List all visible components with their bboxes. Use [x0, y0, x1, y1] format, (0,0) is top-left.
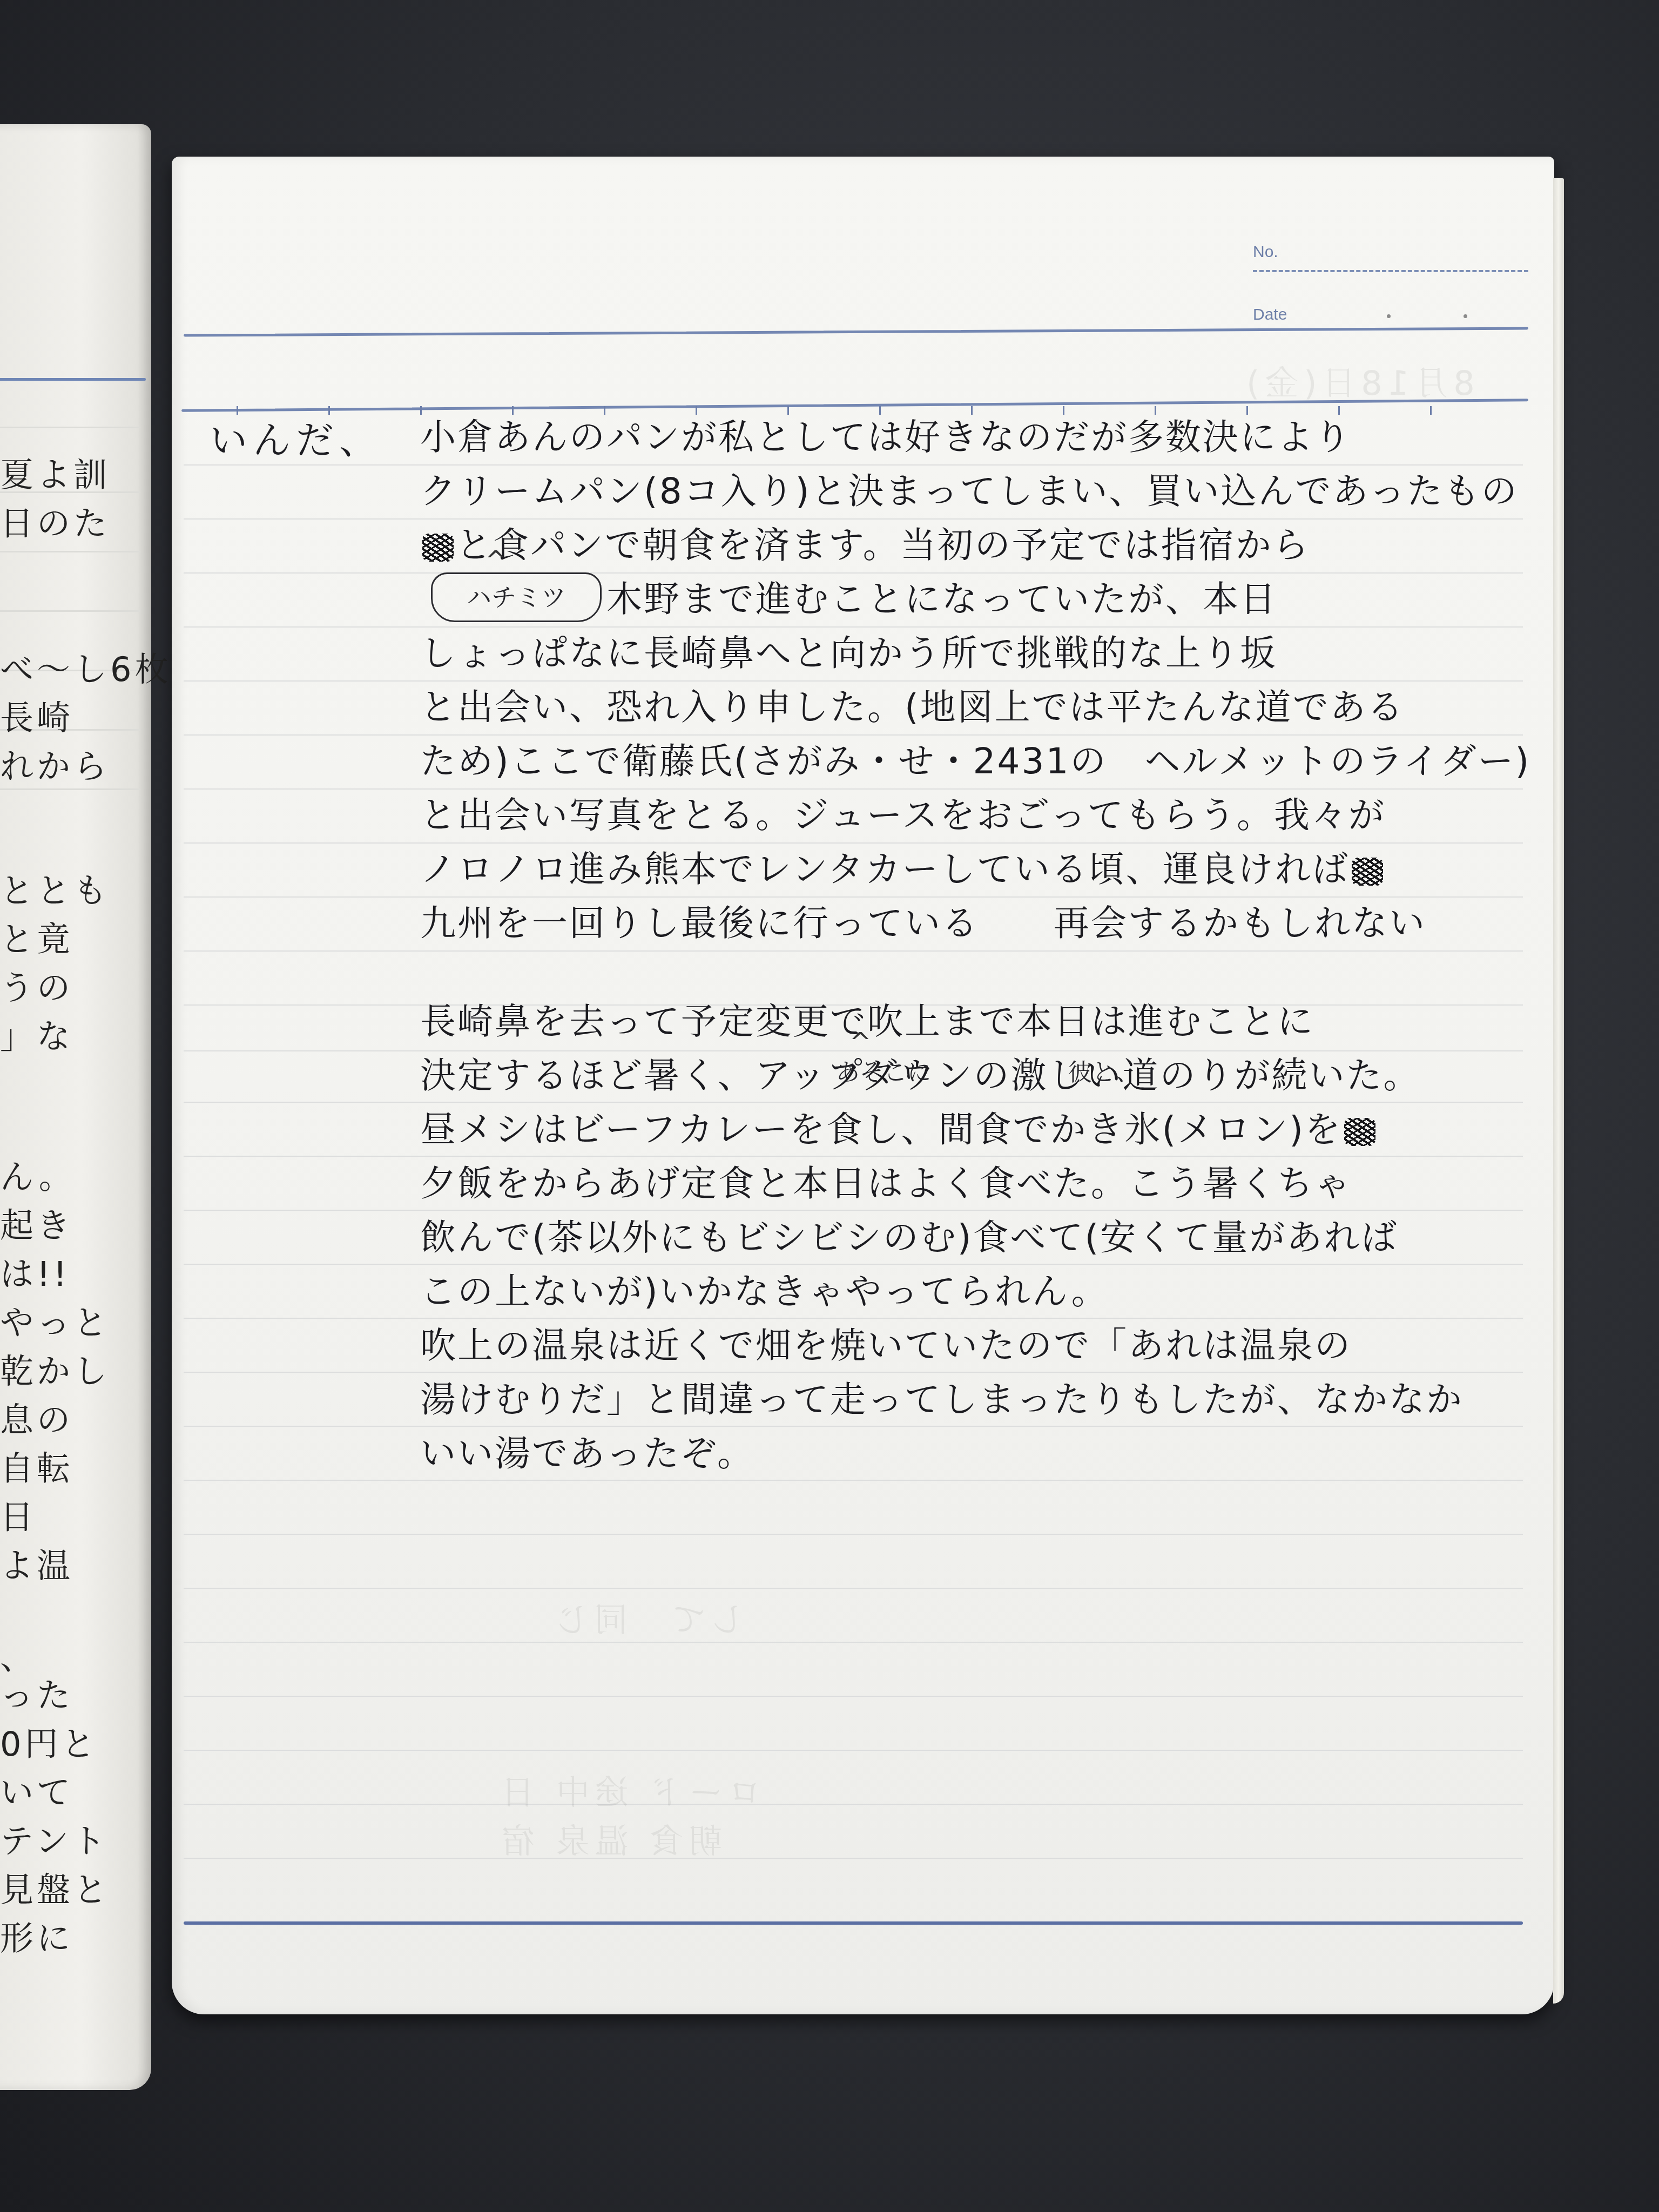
- entry-line: 湯けむりだ」と間違って走ってしまったりもしたが、なかなか: [420, 1373, 1533, 1427]
- paragraph-gap: [420, 950, 1533, 995]
- entry-line: 決定するほど暑く、アップダウンの激しい道のりが続いた。: [420, 1049, 1533, 1103]
- left-page-line: [0, 551, 140, 552]
- date-separator-dot: [1387, 314, 1391, 318]
- show-through-text: ロード 途中 日: [496, 1766, 761, 1814]
- date-label: Date: [1253, 306, 1287, 324]
- page-stack-edge: [1553, 178, 1564, 2004]
- left-fragment: よ温: [0, 1539, 151, 1587]
- insert-bubble: ハチミツ: [431, 572, 602, 622]
- entry-line: ため)ここで衛藤氏(さがみ・せ・2431の ヘルメットのライダー): [420, 734, 1533, 788]
- entry-line: ノロノロ進み熊本でレンタカーしている頃、運良ければ: [420, 842, 1533, 896]
- scribbled-out-word: [1344, 1118, 1375, 1146]
- bottom-margin-rule: [184, 1921, 1523, 1925]
- left-fragment: は!!: [0, 1247, 151, 1296]
- entry-line: 昼メシはビーフカレーを食し、間食でかき氷(メロン)を: [420, 1103, 1533, 1157]
- left-page-line: [0, 788, 140, 790]
- left-fragment: べ～し6枚: [0, 643, 151, 691]
- date-separator-dot: [1464, 314, 1467, 318]
- left-fragment: うの: [0, 961, 151, 1009]
- margin-note: いんだ、: [210, 410, 382, 465]
- left-fragment: 形に: [0, 1912, 151, 1960]
- entry-line: 長崎鼻を去って予定変更で吹上まで本日は進むことに: [420, 995, 1533, 1049]
- show-through-text: 8月18日(金): [1241, 356, 1475, 404]
- entry-line: と出会い写真をとる。ジュースをおごってもらう。我々が: [420, 788, 1533, 842]
- left-fragment: やっと: [0, 1296, 151, 1344]
- left-fragment: 長崎: [0, 691, 151, 739]
- left-fragment: れから: [0, 740, 151, 788]
- left-fragment: ととも: [0, 864, 151, 912]
- insert-annotation: あそこに: [836, 1053, 931, 1088]
- left-fragment: 夏よ訓: [0, 448, 151, 496]
- ruled-line: [184, 1858, 1523, 1859]
- entry-line: 吹上の温泉は近くで畑を焼いていたので「あれは温泉の: [420, 1319, 1533, 1373]
- left-page: 夏よ訓 日のた べ～し6枚 長崎 れから ととも と竟 うの 」な ん。 起き …: [0, 124, 151, 2090]
- right-page: No. Date 8月18日(金) して 同じ ロード 途中 日 朝食 温泉 宿: [172, 157, 1554, 2014]
- scribbled-out-word: [1352, 858, 1383, 886]
- left-fragment: 見盤と: [0, 1863, 151, 1911]
- left-fragment: いて: [0, 1766, 151, 1814]
- no-field-line[interactable]: [1253, 270, 1528, 272]
- entry-line: しょっぱなに長崎鼻へと向かう所で挑戦的な上り坂: [420, 626, 1533, 680]
- entry-line: この上ないが)いかなきゃやってられん。: [420, 1265, 1533, 1319]
- ruled-line: [184, 1642, 1523, 1643]
- left-fragment: テント: [0, 1815, 151, 1863]
- entry-line-text: ノロノロ進み熊本でレンタカーしている頃、運良ければ: [420, 848, 1350, 890]
- insert-annotation: 彼と、: [1068, 1053, 1139, 1088]
- left-fragment: 起き: [0, 1199, 151, 1247]
- entry-line-text: と食パンで朝食を済ます。当初の予定では指宿から: [456, 524, 1310, 566]
- entry-line: 夕飯をからあげ定食と本日はよく食べた。こう暑くちゃ: [420, 1157, 1533, 1211]
- left-page-top-rule: [0, 378, 146, 381]
- left-fragment: 」な: [0, 1010, 151, 1058]
- entry-line: と食パンで朝食を済ます。当初の予定では指宿から: [420, 518, 1533, 572]
- left-fragment: 息の: [0, 1393, 151, 1441]
- left-fragment: と竟: [0, 913, 151, 961]
- entry-line: 九州を一回りし最後に行っている 再会するかもしれない: [420, 896, 1533, 950]
- ruled-line: [184, 1534, 1523, 1535]
- left-fragment: 乾かし: [0, 1345, 151, 1393]
- diary-entry: 小倉あんのパンが私としては好きなのだが多数決により クリームパン(8コ入り)と決…: [420, 410, 1533, 1481]
- left-page-line: [0, 610, 140, 612]
- left-fragment: った: [0, 1669, 151, 1717]
- entry-line-text: 昼メシはビーフカレーを食し、間食でかき氷(メロン)を: [420, 1109, 1342, 1150]
- ruled-line: [184, 1588, 1523, 1589]
- entry-line: 小倉あんのパンが私としては好きなのだが多数決により: [420, 410, 1533, 464]
- insert-caret: ^: [849, 1027, 871, 1057]
- left-fragment: 日のた: [0, 497, 151, 545]
- entry-line: いい湯であったぞ。: [420, 1427, 1533, 1481]
- entry-line: クリームパン(8コ入り)と決まってしまい、買い込んであったもの: [420, 464, 1533, 518]
- ruled-line: [184, 1804, 1523, 1805]
- no-label: No.: [1253, 243, 1278, 261]
- scribbled-out-word: [422, 534, 454, 562]
- left-fragment: 自転: [0, 1442, 151, 1490]
- left-fragment: 日: [0, 1491, 151, 1539]
- entry-line: 飲んで(茶以外にもビシビシのむ)食べて(安くて量があれば: [420, 1211, 1533, 1265]
- entry-line: と出会い、恐れ入り申した。(地図上では平たんな道である: [420, 680, 1533, 734]
- ruled-line: [184, 1696, 1523, 1697]
- left-page-line: [0, 427, 140, 428]
- insert-caret: ^: [485, 545, 507, 576]
- show-through-text: 朝食 温泉 宿: [496, 1815, 722, 1863]
- ruled-line: [184, 1750, 1523, 1751]
- show-through-text: して 同じ: [550, 1593, 744, 1641]
- left-fragment: 0円と: [0, 1717, 151, 1765]
- header-rule: [184, 327, 1528, 336]
- left-fragment: ん。: [0, 1150, 151, 1198]
